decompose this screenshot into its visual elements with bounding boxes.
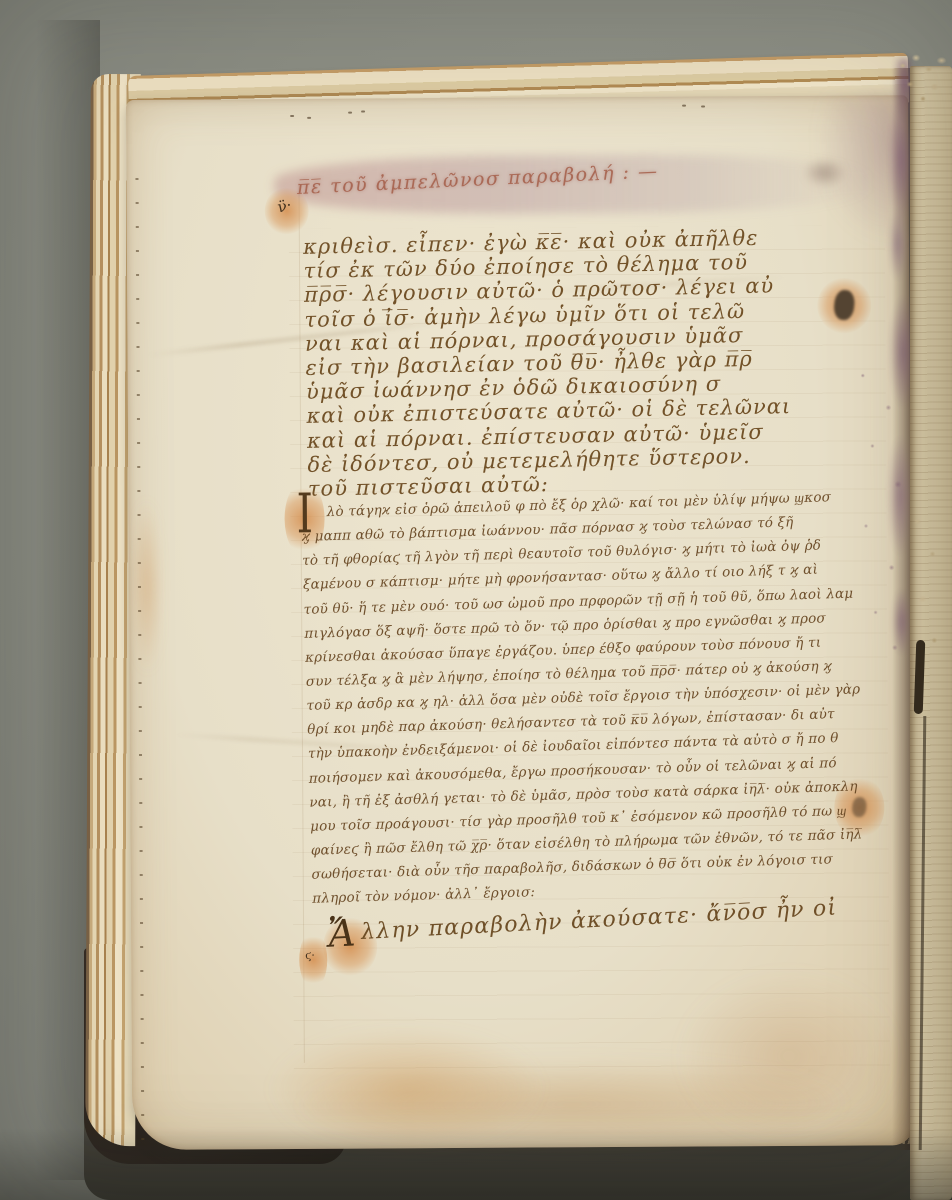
manuscript-photo-scene: ν̈· Ι ϛ· π̅ε̅ τοῦ ἀμπελῶνοσ παραβολή : —…: [0, 0, 952, 1200]
photo-vignette: [0, 0, 952, 1200]
